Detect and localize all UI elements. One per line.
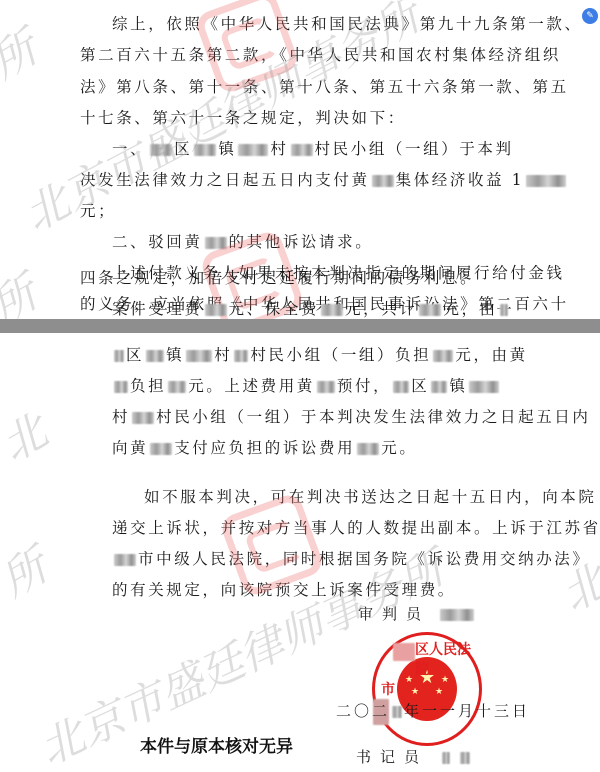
redacted-text — [419, 304, 441, 316]
redacted-text — [114, 350, 124, 362]
text-line: 的有关规定，向该院预交上诉案件受理费。 — [0, 580, 600, 600]
court-seal: ★ ★ ★ ★ ★ 区人民法院 市 — [372, 632, 482, 746]
redacted-text — [114, 381, 128, 393]
text-line: 案件受理费元、保全费元，共计元，由 — [0, 299, 600, 319]
redacted-text — [186, 350, 212, 362]
redacted-text — [205, 237, 227, 249]
redacted-text — [433, 350, 453, 362]
text-line: 如不服本判决，可在判决书送达之日起十五日内，向本院 — [0, 487, 600, 507]
redacted-text — [500, 304, 508, 316]
judgment-item-1: 一、区镇村村民小组（一组）于本判 — [0, 139, 600, 159]
page-separator — [0, 319, 600, 333]
redacted-text — [442, 752, 450, 764]
redacted-text — [393, 381, 409, 393]
redacted-text — [150, 144, 172, 156]
redacted-text — [357, 443, 379, 455]
redacted-text — [291, 144, 313, 156]
redacted-text — [238, 144, 268, 156]
redacted-text — [168, 381, 186, 393]
clerk-signature: 书记员 — [356, 746, 472, 767]
text-line: 决发生法律效力之日起五日内支付黄集体经济收益 1 — [0, 170, 600, 190]
judgment-item-2: 二、驳回黄的其他诉讼请求。 — [0, 232, 600, 252]
redacted-text — [393, 643, 415, 661]
text-line: 第二百六十五条第二款，《中华人民共和国农村集体经济组织 — [0, 45, 600, 65]
redacted-text — [321, 304, 343, 316]
certification-stamp: 本件与原本核对无异 — [140, 732, 293, 757]
redacted-text — [114, 554, 136, 566]
redacted-text — [526, 175, 566, 187]
redacted-text — [150, 443, 172, 455]
text-line: 负担元。上述费用黄预付，区镇 — [0, 376, 600, 396]
text-line: 递交上诉状，并按对方当事人的人数提出副本。上诉于江苏省 — [0, 518, 600, 538]
text-line: 村村民小组（一组）于本判决发生法律效力之日起五日内 — [0, 407, 600, 427]
redacted-text — [469, 381, 499, 393]
redacted-text — [234, 350, 248, 362]
text-line: 区镇村村民小组（一组）负担元，由黄 — [0, 345, 600, 365]
redacted-text — [146, 350, 164, 362]
judge-signature: 审判员 — [358, 603, 476, 624]
text-line: 四条之规定，加倍支付迟延履行期间的债务利息。 — [0, 268, 600, 288]
redacted-text — [372, 175, 394, 187]
edit-icon[interactable]: ✎ — [582, 8, 598, 24]
text-line: 十七条、第六十一条之规定，判决如下： — [0, 108, 600, 128]
redacted-text — [317, 381, 335, 393]
redacted-text — [460, 752, 470, 764]
text-line: 综上，依照《中华人民共和国民法典》第九十九条第一款、 — [0, 14, 600, 34]
redacted-text — [431, 381, 447, 393]
text-line: 法》第八条、第十一条、第十八条、第五十六条第一款、第五 — [0, 77, 600, 97]
redacted-text — [194, 144, 216, 156]
text-line: 向黄支付应负担的诉讼费用元。 — [0, 438, 600, 458]
redacted-text — [392, 706, 402, 718]
judgment-date: 二〇二年一一月十三日 — [336, 700, 530, 721]
redacted-text — [205, 304, 227, 316]
redacted-text — [132, 412, 154, 424]
text-line: 元； — [0, 201, 600, 221]
text-line: 市中级人民法院，同时根据国务院《诉讼费用交纳办法》 — [0, 549, 600, 569]
redacted-text — [440, 609, 474, 621]
